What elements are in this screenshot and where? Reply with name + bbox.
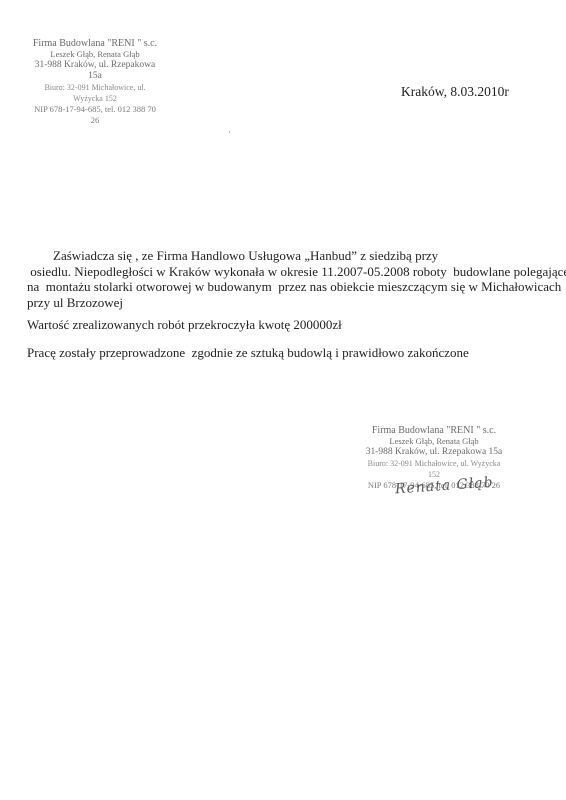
completion-statement: Pracę zostały przeprowadzone zgodnie ze … <box>27 345 469 361</box>
document-date: Kraków, 8.03.2010r <box>401 84 509 100</box>
body-line: osiedlu. Niepodległości w Kraków wykonał… <box>27 264 547 280</box>
stamp-address: 31-988 Kraków, ul. Rzepakowa 15a <box>364 447 504 458</box>
stamp-office: Biuro: 32-091 Michałowice, ul. Wyżycka 1… <box>30 82 160 104</box>
certificate-body: Zaświadcza się , ze Firma Handlowo Usług… <box>27 248 547 310</box>
body-line: na montażu stolarki otworowej w budowany… <box>27 279 547 295</box>
stamp-company-name: Firma Budowlana "RENI " s.c. <box>364 425 504 436</box>
stamp-address: 31-988 Kraków, ul. Rzepakowa 15a <box>30 60 160 82</box>
stamp-company-name: Firma Budowlana "RENI " s.c. <box>30 38 160 49</box>
stamp-owners: Leszek Głąb, Renata Głąb <box>30 49 160 60</box>
stamp-nip: NIP 678-17-94-685, tel. 012 388 70 26 <box>30 104 160 126</box>
stamp-owners: Leszek Głąb, Renata Głąb <box>364 436 504 447</box>
body-line: przy ul Brzozowej <box>27 295 547 311</box>
value-statement: Wartość zrealizowanych robót przekroczył… <box>27 317 342 333</box>
scan-speck <box>229 131 230 133</box>
body-line: Zaświadcza się , ze Firma Handlowo Usług… <box>27 248 547 264</box>
company-stamp-top: Firma Budowlana "RENI " s.c. Leszek Głąb… <box>30 38 160 126</box>
